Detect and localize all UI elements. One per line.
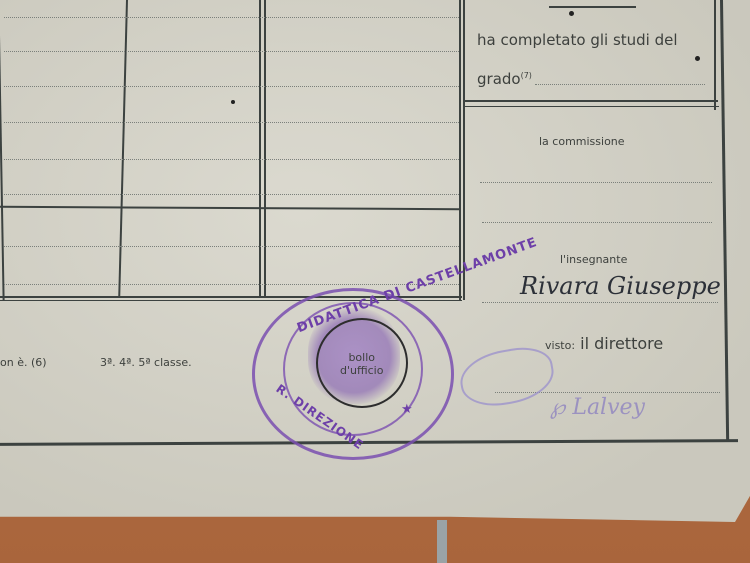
classes-text: 3ª. 4ª. 5ª classe.	[100, 356, 192, 369]
school-report-card: ha completato gli studi del grado(7) la …	[0, 0, 750, 522]
grade-label: grado(7)	[477, 70, 532, 88]
promotion-text: on è. (6)	[0, 356, 47, 369]
right-panel-divider-2	[465, 106, 719, 107]
star-icon: ★	[401, 402, 414, 417]
right-panel-divider	[463, 100, 718, 102]
teacher-label: l'insegnante	[560, 253, 627, 266]
grid-vline-5	[459, 0, 461, 300]
grid-vline-4	[264, 0, 266, 298]
stamp-label: bollo d'ufficio	[340, 351, 383, 377]
tile-grout	[437, 520, 447, 563]
commission-label: la commissione	[539, 135, 625, 148]
completion-text: ha completato gli studi del	[477, 31, 678, 49]
director-label: visto: il direttore	[545, 334, 663, 353]
right-panel-right-border	[714, 0, 716, 110]
teacher-signature: Rivara Giuseppe	[520, 272, 721, 300]
right-panel-left-border	[463, 0, 465, 300]
grid-vline-3	[259, 0, 261, 298]
